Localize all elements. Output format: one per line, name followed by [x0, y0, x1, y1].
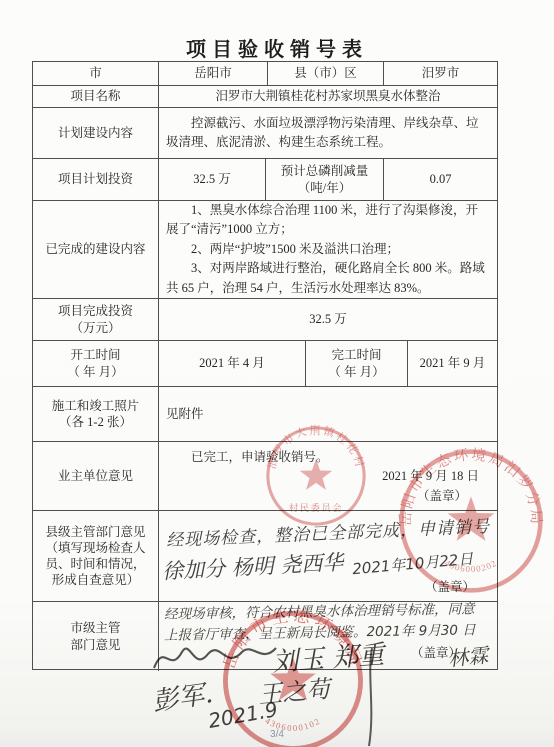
- village-committee-stamp: 汨罗市大荆镇桂花村 村民委员会: [264, 424, 368, 528]
- cell-county-value: 汨罗市: [384, 62, 497, 85]
- table-row: 项目完成投资 （万元） 32.5 万: [33, 299, 497, 341]
- signature-scribble-icon: [150, 634, 280, 680]
- county-opinion-label: 县级主管部门意见 （填写现场检查人 员、时间和情况， 形成自查意见）: [33, 511, 159, 601]
- table-row: 已完成的建设内容 1、黑臭水体综合治理 1100 米，进行了沟渠修浚，开展了“清…: [33, 201, 497, 299]
- completed-investment-label: 项目完成投资 （万元）: [33, 299, 159, 340]
- owner-opinion-label: 业主单位意见: [33, 442, 159, 510]
- table-row: 项目计划投资 32.5 万 预计总磷削减量 （吨/年） 0.07: [33, 159, 497, 201]
- completed-item-3: 3、对两岸路域进行整治，硬化路肩全长 800 米。路域共 65 户，治理 54 …: [159, 259, 497, 298]
- planned-investment-value: 32.5 万: [159, 159, 266, 200]
- cell-city-value: 岳阳市: [159, 62, 268, 85]
- stamp-star-icon: [300, 459, 332, 490]
- cell-city-label: 市: [33, 62, 159, 85]
- planned-content-label: 计划建设内容: [33, 108, 159, 158]
- table-row: 项目名称 汨罗市大荆镇桂花村苏家坝黑臭水体整治: [33, 86, 497, 108]
- completed-investment-value: 32.5 万: [159, 299, 497, 340]
- planned-content-text: 控源截污、水面垃圾漂浮物污染清理、岸线杂草、垃圾清理、底泥清淤、构建生态系统工程…: [159, 114, 497, 153]
- scanned-form-page: 项目验收销号表 市 岳阳市 县（市）区 汨罗市 项目名称 汨罗市大荆镇桂花村苏家…: [0, 0, 554, 747]
- photos-text: 见附件: [159, 406, 497, 422]
- start-date-value: 2021 年 4 月: [159, 341, 306, 386]
- phosphorus-reduction-value: 0.07: [384, 159, 497, 200]
- cell-county-label: 县（市）区: [268, 62, 384, 85]
- project-name-label: 项目名称: [33, 86, 159, 107]
- completed-item-2: 2、两岸“护坡”1500 米及溢洪口治理；: [159, 240, 497, 259]
- photos-label: 施工和竣工照片 （各 1-2 张）: [33, 387, 159, 441]
- handwriting-city-signature-b: 林霖: [447, 639, 490, 672]
- end-date-value: 2021 年 9 月: [408, 341, 497, 386]
- city-opinion-label: 市级主管 部门意见: [33, 602, 159, 671]
- table-row: 市 岳阳市 县（市）区 汨罗市: [33, 62, 497, 86]
- completed-content-value: 1、黑臭水体综合治理 1100 米，进行了沟渠修浚，开展了“清污”1000 立方…: [159, 201, 497, 298]
- page-title: 项目验收销号表: [0, 33, 554, 62]
- planned-content-value: 控源截污、水面垃圾漂浮物污染清理、岸线杂草、垃圾清理、底泥清淤、构建生态系统工程…: [159, 108, 497, 158]
- completed-content-label: 已完成的建设内容: [33, 201, 159, 298]
- start-date-label: 开工时间 （ 年 月）: [33, 341, 159, 386]
- table-row: 计划建设内容 控源截污、水面垃圾漂浮物污染清理、岸线杂草、垃圾清理、底泥清淤、构…: [33, 108, 497, 159]
- table-row: 开工时间 （ 年 月） 2021 年 4 月 完工时间 （ 年 月） 2021 …: [33, 341, 497, 387]
- phosphorus-reduction-label: 预计总磷削减量 （吨/年）: [266, 159, 384, 200]
- planned-investment-label: 项目计划投资: [33, 159, 159, 200]
- end-date-label: 完工时间 （ 年 月）: [306, 341, 408, 386]
- project-name-value: 汨罗市大荆镇桂花村苏家坝黑臭水体整治: [159, 86, 497, 107]
- completed-item-1: 1、黑臭水体综合治理 1100 米，进行了沟渠修浚，开展了“清污”1000 立方…: [159, 201, 497, 240]
- village-stamp-bottom-text: 村民委员会: [289, 502, 343, 514]
- signature-stroke-icon: [362, 648, 380, 746]
